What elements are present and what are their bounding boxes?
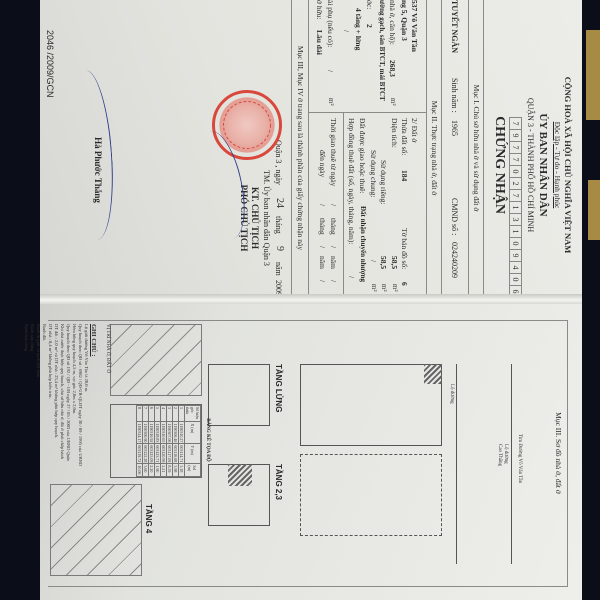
signature-underline [65,69,118,241]
coordinate-row: 61190316.92603125.092.20 [149,406,155,477]
nation-heading: CỘNG HOÀ XÃ HỘI CHỦ NGHĨA VIỆT NAM [564,40,573,290]
unit: m² [380,284,387,292]
floor-area: 268,3 [389,60,397,77]
unit: m² [391,284,398,292]
road-label: Lộ đường [503,444,508,464]
motto: Độc lập - Tự do - Hạnh phúc [554,40,562,290]
serial-number: 797702713109406 [509,118,522,298]
authority: TM. Ủy ban nhân dân Quận 3 [262,140,270,296]
issuer-location: QUẬN 3 - THÀNH PHỐ HỒ CHÍ MINH [526,40,534,290]
blank: / [343,30,351,32]
structure: ường gạch, sàn BTCT, mái BTCT [378,0,385,101]
blank: / [319,246,327,248]
house-address: 537 Võ Văn Tần [411,0,419,52]
year-label: năm [330,256,338,269]
certificate-booklet: CỘNG HOÀ XÃ HỘI CHỦ NGHĨA VIỆT NAM Độc l… [40,0,582,600]
coordinate-row: 51190318.83603123.711.90 [155,406,161,477]
location-map [110,324,202,396]
floors: 2 [366,24,374,28]
owner-name: TUYẾT NGÂN [450,0,458,53]
month-word: tháng [274,216,282,234]
note-line: Quy hoạch theo QĐ số 192 / QĐ - UB ngày … [66,324,72,484]
divider [426,0,427,296]
ground-floor-plan [300,364,442,446]
issue-day: 24 [274,198,284,208]
id-number: 024240209 [450,242,458,278]
place-date-prefix: Quận 3 , ngày [274,140,282,185]
parcel-number: 184 [401,170,409,181]
ownership-label: ở hữu: [316,0,324,20]
year-label: năm [319,256,327,269]
id-label: CMND số : [450,198,458,235]
frame [567,320,568,586]
signatory-name: Hà Phước Thắng [93,110,102,230]
allocation-label: Đất được giao hoặc thuê: [359,118,367,194]
location-map-label: VỊ TRÍ NHÀ Ở, ĐẤT Ở [105,324,110,373]
blank: / [319,204,327,206]
divider [291,0,292,296]
birth-year-label: Sinh năm : [450,78,458,113]
issuer-heading: ỦY BAN NHÂN DÂN [537,40,548,290]
coordinate-row: 11190310.27603114.713.18 [179,406,185,477]
section1-heading: Mục I. Chủ sở hữu nhà ở và sử dụng đất ở [473,0,481,296]
road-label: Cao Thắng [497,444,502,466]
divider [308,0,309,296]
certificate-title: CHỨNG NHẬN [492,40,506,290]
frame [48,320,568,321]
building-line [300,454,442,536]
note-line: Quy hoạch theo QĐ số : 6982 / QĐ-UB-QLĐT… [78,324,84,484]
floors-desc: 4 tầng + lửng [355,8,363,50]
road-line [456,364,457,564]
area-label: Diện tích: [391,118,399,148]
section2-heading: Mục II. Thực trạng nhà ở, đất ở [431,0,439,296]
document-stage: CỘNG HOÀ XÃ HỘI CHỦ NGHĨA VIỆT NAM Độc l… [0,0,600,600]
coordinate-row: 41190310.65603120.992.21 [161,406,167,477]
note-line: Ranh ban công [24,324,30,484]
column-divider [309,112,427,113]
shared-use: / [370,260,378,262]
floors-label: ớc: [366,0,374,9]
private-use: 58,5 [380,256,388,269]
unit: m² [370,284,377,292]
aux-label: ài phụ (nếu có): [327,0,335,47]
land-heading: 2/ Đất ở [411,118,419,142]
blank: / [330,280,338,282]
notes-heading: GHI CHÚ : [90,324,97,484]
lease-from-label: Thời gian thuê từ ngày [330,118,338,186]
coordinate-table: Số hiệu góc thửaX (m)Y (m)Sd (m)11190310… [110,404,202,478]
blank: / [330,246,338,248]
unit: m² [327,98,334,106]
signatory-role1: KT. CHỦ TỊCH [250,140,259,296]
footer-note: Mục III, Mục IV ở trang sau là thành phầ… [297,0,305,296]
parcel-label: Thửa đất số: [401,118,409,155]
road-label: Tim Đường Võ Văn Tần [517,434,522,483]
road-line [511,364,512,564]
notes: GHI CHÚ : Lộ giới đường Võ Văn Tần là 20… [24,324,97,484]
map-sheet-number: 6 [401,282,409,286]
certificate-page: CỘNG HOÀ XÃ HỘI CHỦ NGHĨA VIỆT NAM Độc l… [40,0,582,296]
blank: / [319,280,327,282]
note-line: Ranh lộ giới và ranh QH hẻm [36,324,42,484]
note-line: DT đất : 2,0 m² và DT nhà : 23,4 m² khôn… [54,324,60,484]
coordinate-row: 31190307.06603117.098.59 [167,406,173,477]
coordinate-row: 21190306.46603116.683.98 [173,406,179,477]
floor-label-mezzanine: TẦNG LỬNG [274,364,282,412]
note-line: Ranh xây dựng [30,324,36,484]
floor-label-2-3: TẦNG 2,3 [274,464,282,500]
private-use-label: Sử dụng riêng: [380,160,388,204]
unit: m² [389,98,396,106]
floor-label-4: TẦNG 4 [144,504,152,533]
allocation-value: Đất nhận chuyển nhượng [359,206,366,282]
floor-area-label: nhà ở, căn hộ): [389,0,397,45]
neighborhood-map [50,484,142,576]
diagram-heading: Mục III. Sơ đồ nhà ở, đất ở [555,320,563,586]
divider [343,112,344,296]
blank: / [330,204,338,206]
aux-value: / [327,70,335,72]
balcony-hatch [228,464,252,486]
divider [483,0,484,296]
ownership-value: Lâu dài [316,30,324,55]
month-label: tháng [319,218,327,235]
coordinate-row: 81190314.17603119.7210.06 [137,406,143,477]
registry-number: 2046 /2009/GCN [45,30,54,98]
birth-year: 1965 [450,120,458,136]
frame [48,586,568,587]
diagram-page: Mục III. Sơ đồ nhà ở, đất ở Tim Đường Võ… [40,304,582,600]
house-address-line2: ng 5, Quận 3 [401,0,409,41]
road-label: Lộ đường [449,384,454,404]
note-line: Lộ giới đường Võ Văn Tần là 20,0 m. [84,324,90,484]
lease-contract-value: / [348,276,356,278]
coordinate-row: 71190306.90603122.283.60 [143,406,149,477]
lease-to-label: đến ngày [319,150,327,177]
divider [468,0,469,296]
shared-use-label: Sử dụng chung: [370,150,378,197]
area-total: 58,5 [391,256,399,269]
lease-contract-label: Hợp đồng thuê đất (số, ngày, tháng, năm)… [348,118,356,244]
coordinate-header-row: Số hiệu góc thửaX (m)Y (m)Sd (m) [185,406,201,477]
hatched-area [424,364,442,384]
map-sheet-label: Tờ bản đồ số: [401,228,409,269]
month-label: tháng [330,218,338,235]
year-word: năm [274,262,282,276]
mezzanine-plan [208,364,270,426]
issue-month: 9 [274,246,284,251]
coordinate-table-title: BẢNG KÊ TỌA ĐỘ [205,404,210,476]
divider [441,0,442,296]
